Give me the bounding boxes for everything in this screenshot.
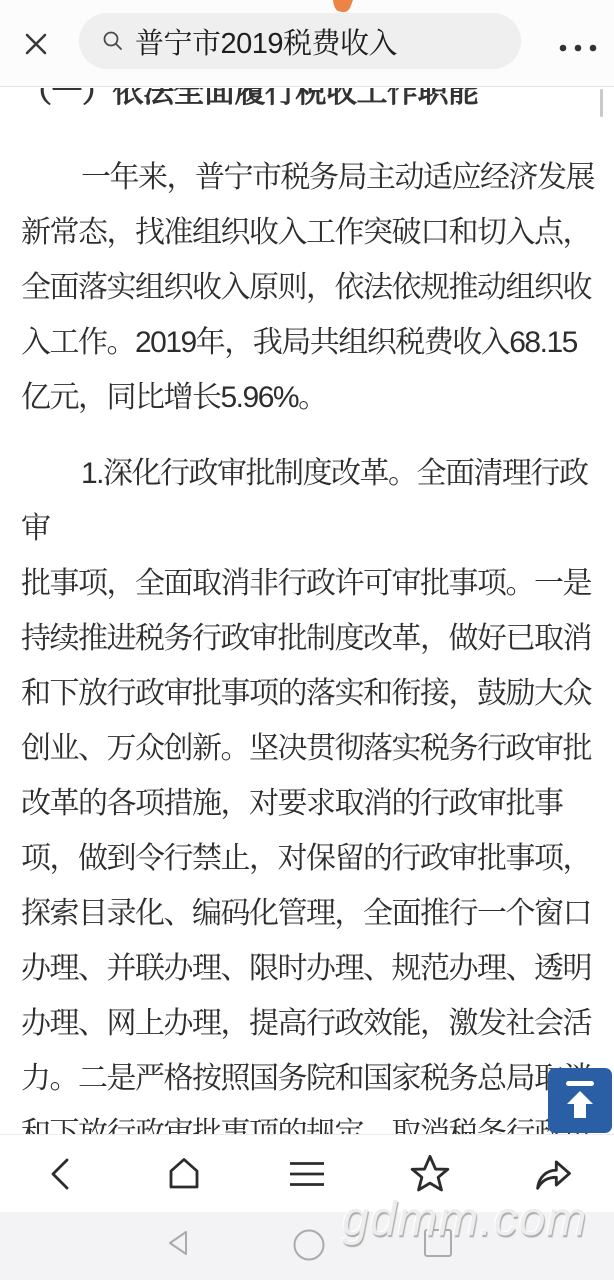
system-nav-bar — [0, 1212, 614, 1280]
search-icon — [102, 30, 124, 52]
toolbar-back-button[interactable] — [0, 1154, 123, 1194]
section-heading: （一）依法全面履行税收工作职能 — [21, 88, 598, 119]
android-back-icon[interactable] — [164, 1228, 192, 1263]
share-icon — [531, 1152, 575, 1196]
search-input[interactable]: 普宁市2019税费收入 — [79, 13, 521, 69]
toolbar-menu-button[interactable] — [246, 1154, 369, 1194]
android-home-icon[interactable] — [292, 1228, 326, 1267]
back-chevron-icon — [41, 1154, 81, 1194]
star-icon — [408, 1152, 452, 1196]
toolbar-share-button[interactable] — [491, 1152, 614, 1196]
paragraph-reform-measures: 1.深化行政审批制度改革。全面清理行政审 批事项，全面取消非行政许可审批事项。一… — [21, 446, 598, 1134]
close-icon[interactable] — [24, 32, 48, 56]
home-icon — [164, 1154, 204, 1194]
browser-top-bar: 普宁市2019税费收入 — [0, 0, 614, 87]
toolbar-home-button[interactable] — [123, 1154, 246, 1194]
toolbar-favorite-button[interactable] — [368, 1152, 491, 1196]
menu-icon — [287, 1154, 327, 1194]
page-scrollbar[interactable] — [600, 89, 603, 117]
back-to-top-button[interactable] — [548, 1068, 612, 1133]
more-menu-icon[interactable] — [558, 40, 598, 50]
android-recents-icon[interactable] — [423, 1228, 453, 1263]
back-to-top-icon — [548, 1068, 612, 1133]
paragraph-revenue-summary: 一年来，普宁市税务局主动适应经济发展 新常态，找准组织收入工作突破口和切入点， … — [21, 150, 598, 425]
article-content: （一）依法全面履行税收工作职能 一年来，普宁市税务局主动适应经济发展 新常态，找… — [0, 88, 614, 1134]
orange-pointer-icon — [329, 0, 355, 13]
search-query-text: 普宁市2019税费收入 — [135, 21, 397, 62]
browser-toolbar — [0, 1134, 614, 1212]
